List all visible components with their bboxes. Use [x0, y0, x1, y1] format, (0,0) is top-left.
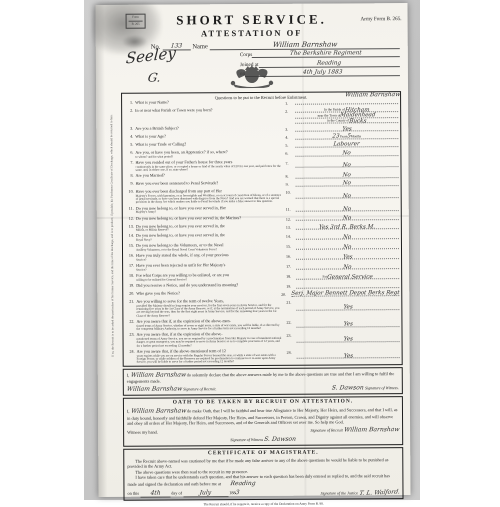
answer-line: Serj. Major Bennett Depot Berks Regt: [291, 290, 399, 296]
answer-printed: Months: [351, 134, 361, 138]
answer-number: 24.: [287, 349, 297, 364]
question-row: 11.Do you now belong to, or have you eve…: [125, 205, 399, 215]
question-text: In or near what Parish or Town were you …: [135, 108, 212, 125]
form-body: Questions to be put to the Recruit befor…: [121, 91, 404, 500]
answer-name-script: William Barnshaw: [344, 91, 400, 98]
name-label: Name: [192, 43, 208, 50]
answer-handwriting: No: [343, 181, 352, 187]
answer-number: 14.: [286, 233, 296, 241]
question-number: 11.: [125, 206, 136, 214]
answer-line: Yes: [296, 304, 399, 310]
answer-number: 18.: [286, 273, 296, 281]
question-smallprint: Majesty's Forces, with Ignominy, or as I…: [136, 194, 283, 205]
answer-cell: 21.Yes: [283, 298, 399, 317]
question-number: 24.: [126, 350, 137, 365]
answer-number: 5.: [285, 142, 295, 148]
question-row: 4.What is your Age?4.23 Years 5 Months: [124, 133, 398, 141]
questions-heading-text: Questions to be put to the Recruit befor…: [215, 95, 308, 101]
declaration-name-script: William Barnshaw: [130, 371, 186, 379]
answer-line: Labourer: [295, 141, 398, 147]
question-smallprint: to whom? and for what period?: [135, 155, 227, 159]
oath-recruit-label: Signature of Recruit: [310, 427, 342, 432]
answer-cell: 9.No: [283, 180, 399, 187]
answer-cell: 24.Yes: [284, 348, 400, 363]
question-smallprint: tioned terms of Army Service, whether of…: [136, 324, 283, 332]
question-number: 6.: [124, 151, 135, 159]
answer-handwriting: 23: [332, 134, 340, 140]
question-number: 1.: [124, 101, 135, 107]
answer-cell: 15.No: [283, 243, 399, 252]
question-number: 12.: [125, 216, 136, 222]
question-row: 9.Have you ever been sentenced to Penal …: [125, 180, 399, 188]
answer-number: 6.: [285, 150, 295, 158]
justice-signature: T. L. Walford.: [358, 488, 400, 497]
corps-label: Corps: [240, 52, 252, 58]
answer-cell: 1.: [282, 99, 398, 106]
question-row: 2.In or near what Parish or Town were yo…: [124, 107, 398, 125]
margin-instruction-vertical: If so, the Recruit is to be asked the pa…: [109, 107, 115, 357]
answer-cell: 2.In the Parish of Hitchamnear the Town …: [282, 107, 398, 124]
question-number: 22.: [125, 320, 136, 331]
question-text: For what Corps are you willing to be enl…: [136, 273, 229, 282]
answer-cell: 14.No: [283, 233, 399, 242]
question-row: 7.Have you resided out of your Father's …: [124, 159, 398, 172]
question-row: 15.Do you now belong to the Volunteers, …: [125, 243, 399, 253]
question-row: 13.Do you now belong to, or have you eve…: [125, 223, 399, 233]
answer-handwriting: No: [343, 244, 352, 250]
answer-handwriting: Yes: [343, 353, 353, 359]
question-text: Are you aware that, if at the expiration…: [137, 332, 284, 348]
question-row: 18.For what Corps are you willing to be …: [125, 272, 399, 282]
question-text: Are you a British Subject?: [135, 127, 178, 133]
answer-cell: 6.No: [282, 149, 398, 158]
question-text: Have you ever been rejected as unfit for…: [136, 263, 225, 272]
question-text: What is your Age?: [135, 135, 166, 141]
oath-section: OATH TO BE TAKEN BY RECRUIT ON ATTESTATI…: [123, 396, 403, 447]
answer-number: 13.: [286, 223, 296, 231]
day-of-label: day of: [171, 490, 182, 495]
question-text: Do you now belong to the Volunteers, or …: [136, 244, 224, 253]
question-number: 23.: [126, 333, 137, 348]
answer-number: 15.: [286, 243, 296, 251]
answer-number: 16.: [286, 253, 296, 261]
question-row: 8.Are you Married?8.No: [125, 172, 399, 180]
answer-printed: in the County of: [327, 119, 349, 123]
question-text: Have you truly stated the whole, if any,…: [136, 254, 229, 263]
declaration-recruit-signature: William Barnshaw: [126, 385, 182, 393]
question-text: Do you now belong to, or have you ever s…: [136, 206, 226, 215]
answer-handwriting: Yes: [342, 254, 352, 260]
answer-number: 21.: [286, 299, 296, 317]
answer-cell: 23.Yes: [284, 331, 400, 346]
answer-handwriting: No: [343, 215, 352, 221]
attestation-document: Form B. 265 Army Form B. 265. SHORT SERV…: [96, 3, 411, 497]
question-text: Do you now belong to, or have you ever s…: [136, 234, 225, 243]
question-row: 3.Are you a British Subject?3.Yes: [124, 125, 398, 133]
answer-cell: 22.Yes: [283, 318, 399, 330]
question-smallprint: Artillery Volunteers, or to the Royal Na…: [136, 248, 224, 252]
question-number: 21.: [125, 300, 136, 318]
answer-line: Yes: [297, 336, 400, 342]
question-number: 14.: [125, 234, 136, 242]
answer-number: 17.: [286, 263, 296, 271]
answer-handwriting: Serj. Major Bennett Depot Berks Regt: [291, 290, 400, 297]
question-text: Do you now belong to, or have you ever s…: [136, 216, 241, 223]
on-this-label: on this: [127, 490, 139, 495]
question-number: 2.: [124, 109, 135, 126]
declaration-i: I,: [127, 372, 130, 377]
answer-line: Yes 3rd R. Berks M.: [296, 224, 399, 230]
question-number: 7.: [124, 161, 135, 172]
answer-line: Yes: [295, 126, 398, 132]
royal-crest-icon: [219, 64, 285, 93]
question-rows: 1.What is your Name?1.2.In or near what …: [124, 99, 400, 365]
answer-number: 12.: [286, 215, 296, 221]
answer-cell: 18.For General Service: [283, 272, 399, 281]
answer-cell: 12.No: [283, 215, 399, 222]
question-smallprint: mentioned terms of Army Service, you are…: [137, 337, 284, 348]
margin-annotation-initial: G.: [147, 71, 162, 85]
answer-number: 23.: [287, 332, 297, 347]
question-smallprint: continuously in the same place, or occup…: [135, 164, 282, 172]
answer-cell: 7.No: [282, 159, 398, 171]
answer-handwriting: No: [342, 151, 351, 157]
question-row: 5.What is your Trade or Calling?5.Labour…: [124, 141, 398, 149]
answer-number: 20.: [281, 291, 291, 297]
answer-line: No: [296, 173, 399, 179]
question-number: 3.: [124, 127, 135, 133]
declaration-witness-label: Signature of Witness.: [365, 385, 399, 390]
answer-line: in the County of Bucks: [295, 118, 398, 124]
answer-cell: 19.: [283, 282, 399, 289]
question-text: Are you aware that, if the above-mention…: [137, 349, 284, 365]
question-text: Are you aware that if, at the expiration…: [136, 319, 283, 331]
question-row: 14.Do you now belong to, or have you eve…: [125, 233, 399, 243]
page-subtitle: ATTESTATION OF: [96, 27, 408, 39]
answer-line: Yes: [296, 321, 399, 327]
question-text: Are you willing to serve for the term of…: [136, 299, 283, 318]
answer-printed: near the Town of: [318, 113, 341, 117]
answer-line: No: [296, 234, 399, 240]
answer-cell: 16.Yes: [283, 252, 399, 261]
answer-number: 10.: [286, 189, 296, 204]
answer-cell: 11.No: [283, 205, 399, 214]
question-row: 16.Have you truly stated the whole, if a…: [125, 252, 399, 262]
answer-cell: 17.No: [283, 262, 399, 271]
answer-handwriting: Bucks: [349, 118, 367, 124]
answer-number: 1.: [285, 100, 295, 106]
oath-witness-signature: S. Dawson: [264, 436, 297, 444]
answer-line: [296, 283, 399, 288]
question-smallprint: Militia, or Militia Reserve?: [136, 228, 225, 232]
answer-line: No: [296, 264, 399, 270]
question-number: 5.: [124, 143, 135, 149]
witness-my-hand: Witness my hand.: [127, 430, 158, 436]
question-smallprint: Royal Navy?: [136, 238, 225, 242]
question-number: 8.: [125, 174, 136, 180]
answer-cell: 20.Serj. Major Bennett Depot Berks Regt: [278, 290, 399, 297]
name-value: William Barnshaw: [272, 40, 338, 48]
certificate-paragraph3-text: I have taken care that he understands ea…: [127, 473, 389, 486]
question-text: Did you receive a Notice, and do you und…: [136, 283, 238, 290]
question-row: 24.Are you aware that, if the above-ment…: [126, 348, 400, 364]
questions-table: Questions to be put to the Recruit befor…: [121, 91, 403, 367]
answer-handwriting: Yes: [343, 305, 353, 311]
page-title: SHORT SERVICE.: [96, 11, 408, 29]
answer-cell: 5.Labourer: [282, 141, 398, 148]
question-text: Have you resided out of your Father's ho…: [135, 160, 282, 172]
question-number: 4.: [124, 135, 135, 141]
question-number: 13.: [125, 224, 136, 232]
question-number: 10.: [125, 190, 136, 205]
question-text: Are you Married?: [136, 174, 165, 180]
year-script: 3: [235, 489, 240, 497]
oath-witness-label: Signature of Witness: [230, 437, 263, 442]
answer-handwriting: No: [343, 264, 352, 270]
answer-line: [295, 100, 398, 105]
answer-handwriting: No: [343, 173, 352, 179]
justice-label: Signature of the Justice: [321, 490, 359, 495]
month-value: July: [199, 489, 212, 497]
answer-number: 8.: [286, 173, 296, 179]
question-text: Have you ever been sentenced to Penal Se…: [136, 181, 219, 188]
answer-line: 23 Years 5 Months: [295, 134, 398, 140]
question-row: 10.Have you ever been discharged from an…: [125, 188, 399, 204]
answer-handwriting: 5: [347, 134, 351, 140]
question-text: Who gave you the Notice?: [136, 292, 180, 298]
answer-line: No: [295, 162, 398, 168]
answer-number: 7.: [285, 160, 295, 171]
oath-heading: OATH TO BE TAKEN BY RECRUIT ON ATTESTATI…: [127, 398, 399, 406]
question-smallprint: provided Her Majesty should so long requ…: [136, 304, 283, 318]
answer-number: 3.: [285, 126, 295, 132]
declaration-recruit-label: Signature of Recruit.: [183, 386, 216, 391]
joined-at-value: Reading: [317, 60, 342, 66]
question-row: 23.Are you aware that, if at the expirat…: [126, 331, 400, 347]
answer-handwriting: General Service: [327, 274, 373, 280]
corps-value: The Berkshire Regiment: [290, 50, 363, 56]
question-smallprint: Majesty's Army?: [136, 211, 226, 215]
answer-line: No: [295, 150, 398, 156]
declaration-witness-signature: S. Dawson: [332, 384, 365, 392]
certificate-section: CERTIFICATE OF MAGISTRATE. The Recruit a…: [123, 447, 403, 500]
answer-line: Yes: [297, 353, 400, 359]
answer-line: Yes: [296, 254, 399, 260]
on-date-value: 4th July 1883: [302, 69, 342, 75]
question-number: 16.: [125, 254, 136, 262]
answer-printed: In the Parish of: [324, 108, 345, 112]
answer-cell: 13.Yes 3rd R. Berks M.: [283, 223, 399, 232]
answer-handwriting: Yes: [343, 336, 353, 342]
answer-number: 11.: [286, 205, 296, 213]
question-row: 22.Are you aware that if, at the expirat…: [125, 318, 399, 331]
question-text: Are you, or have you been, an Apprentice…: [135, 150, 227, 159]
answer-cell: 4.23 Years 5 Months: [282, 133, 398, 140]
answer-number: 22.: [286, 319, 296, 330]
question-row: 21.Are you willing to serve for the term…: [125, 298, 399, 318]
answer-line: No: [296, 215, 399, 221]
question-smallprint: Service?: [136, 268, 225, 272]
oath-name-script: William Barnshaw: [130, 408, 186, 416]
answer-handwriting: Yes 3rd R. Berks M.: [319, 224, 376, 230]
certificate-paragraph3: I have taken care that he understands ea…: [127, 473, 399, 488]
answer-handwriting: Yes: [342, 126, 352, 132]
answer-handwriting: No: [343, 234, 352, 240]
answer-handwriting: No: [343, 193, 352, 199]
answer-handwriting: Yes: [343, 321, 353, 327]
answer-line: No: [296, 180, 399, 186]
answer-cell: 3.Yes: [282, 125, 398, 132]
question-text: Do you now belong to, or have you ever s…: [136, 224, 225, 233]
answer-handwriting: No: [342, 162, 351, 168]
photo-backdrop: Form B. 265 Army Form B. 265. SHORT SERV…: [84, 0, 420, 500]
question-row: 19.Did you receive a Notice, and do you …: [125, 282, 399, 290]
question-number: 15.: [125, 244, 136, 252]
day-value: 4th: [150, 489, 161, 497]
answer-number: 4.: [285, 134, 295, 140]
question-number: 17.: [125, 264, 136, 272]
answer-handwriting: No: [343, 206, 352, 212]
question-number: 19.: [125, 284, 136, 290]
question-number: 20.: [125, 292, 136, 298]
question-row: 17.Have you ever been rejected as unfit …: [125, 262, 399, 272]
answer-line: No: [296, 193, 399, 199]
declaration-section: I, William Barnshaw do solemnly declare …: [123, 367, 403, 396]
question-row: 20.Who gave you the Notice?20.Serj. Majo…: [125, 290, 399, 298]
answer-line: No: [296, 206, 399, 212]
certificate-place-script: Reading: [222, 480, 256, 488]
question-text: What is your Trade or Calling?: [135, 142, 186, 148]
question-text: Have you ever been discharged from any p…: [136, 189, 283, 205]
question-row: 12.Do you now belong to, or have you eve…: [125, 215, 399, 223]
answer-number: 19.: [286, 283, 296, 289]
answer-cell: 10.No: [283, 188, 399, 203]
question-number: 18.: [125, 274, 136, 282]
oath-recruit-signature: William Barnshaw: [343, 426, 399, 434]
question-row: 6.Are you, or have you been, an Apprenti…: [124, 149, 398, 159]
oath-i: I,: [127, 409, 130, 414]
answer-handwriting: Labourer: [333, 142, 360, 148]
answer-number: 9.: [286, 181, 296, 187]
question-text: What is your Name?: [135, 101, 169, 107]
number-name-line: No. 133 Name William Barnshaw: [151, 40, 400, 51]
question-number: 9.: [125, 182, 136, 188]
answer-line: No: [296, 244, 399, 250]
answer-line: For General Service: [296, 274, 399, 280]
answer-number: 2.: [285, 108, 295, 125]
answer-cell: 8.No: [283, 172, 399, 179]
question-smallprint: years expires while you are on service w…: [137, 354, 284, 365]
